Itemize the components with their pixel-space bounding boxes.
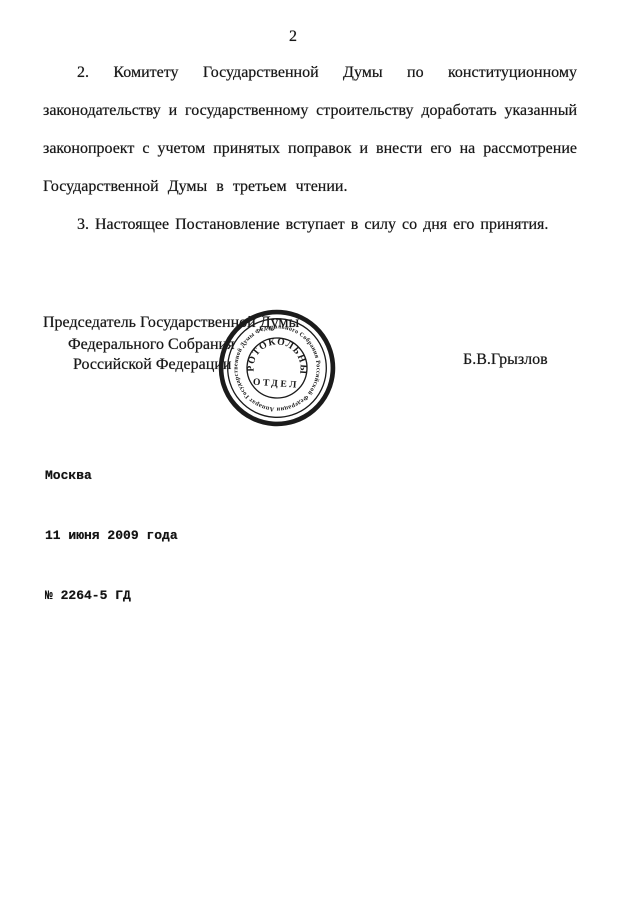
body-item2-line3: законопроект с учетом принятых поправок …: [43, 139, 577, 159]
protocol-department-stamp-icon: Аппарат Государственной Думы Федеральног…: [212, 303, 342, 433]
signature-name: Б.В.Грызлов: [463, 350, 548, 370]
body-item2-line1: 2. Комитету Государственной Думы по конс…: [77, 63, 577, 83]
signature-title-line3: Российской Федерации: [73, 355, 231, 375]
stamp-middle-ring: [224, 315, 329, 420]
body-item2-line2: законодательству и государственному стро…: [43, 101, 577, 121]
footer-doc-number: № 2264-5 ГД: [45, 586, 178, 606]
signature-title-line2: Федерального Собрания: [68, 335, 234, 355]
footer-block: Москва 11 июня 2009 года № 2264-5 ГД: [45, 426, 178, 626]
page-number: 2: [43, 27, 543, 47]
stamp-center-text: ОТДЕЛ: [252, 377, 299, 391]
footer-city: Москва: [45, 466, 178, 486]
footer-date: 11 июня 2009 года: [45, 526, 178, 546]
body-item2-line4: Государственной Думы в третьем чтении.: [43, 177, 347, 197]
body-item3: 3. Настоящее Постановление вступает в си…: [77, 215, 548, 235]
